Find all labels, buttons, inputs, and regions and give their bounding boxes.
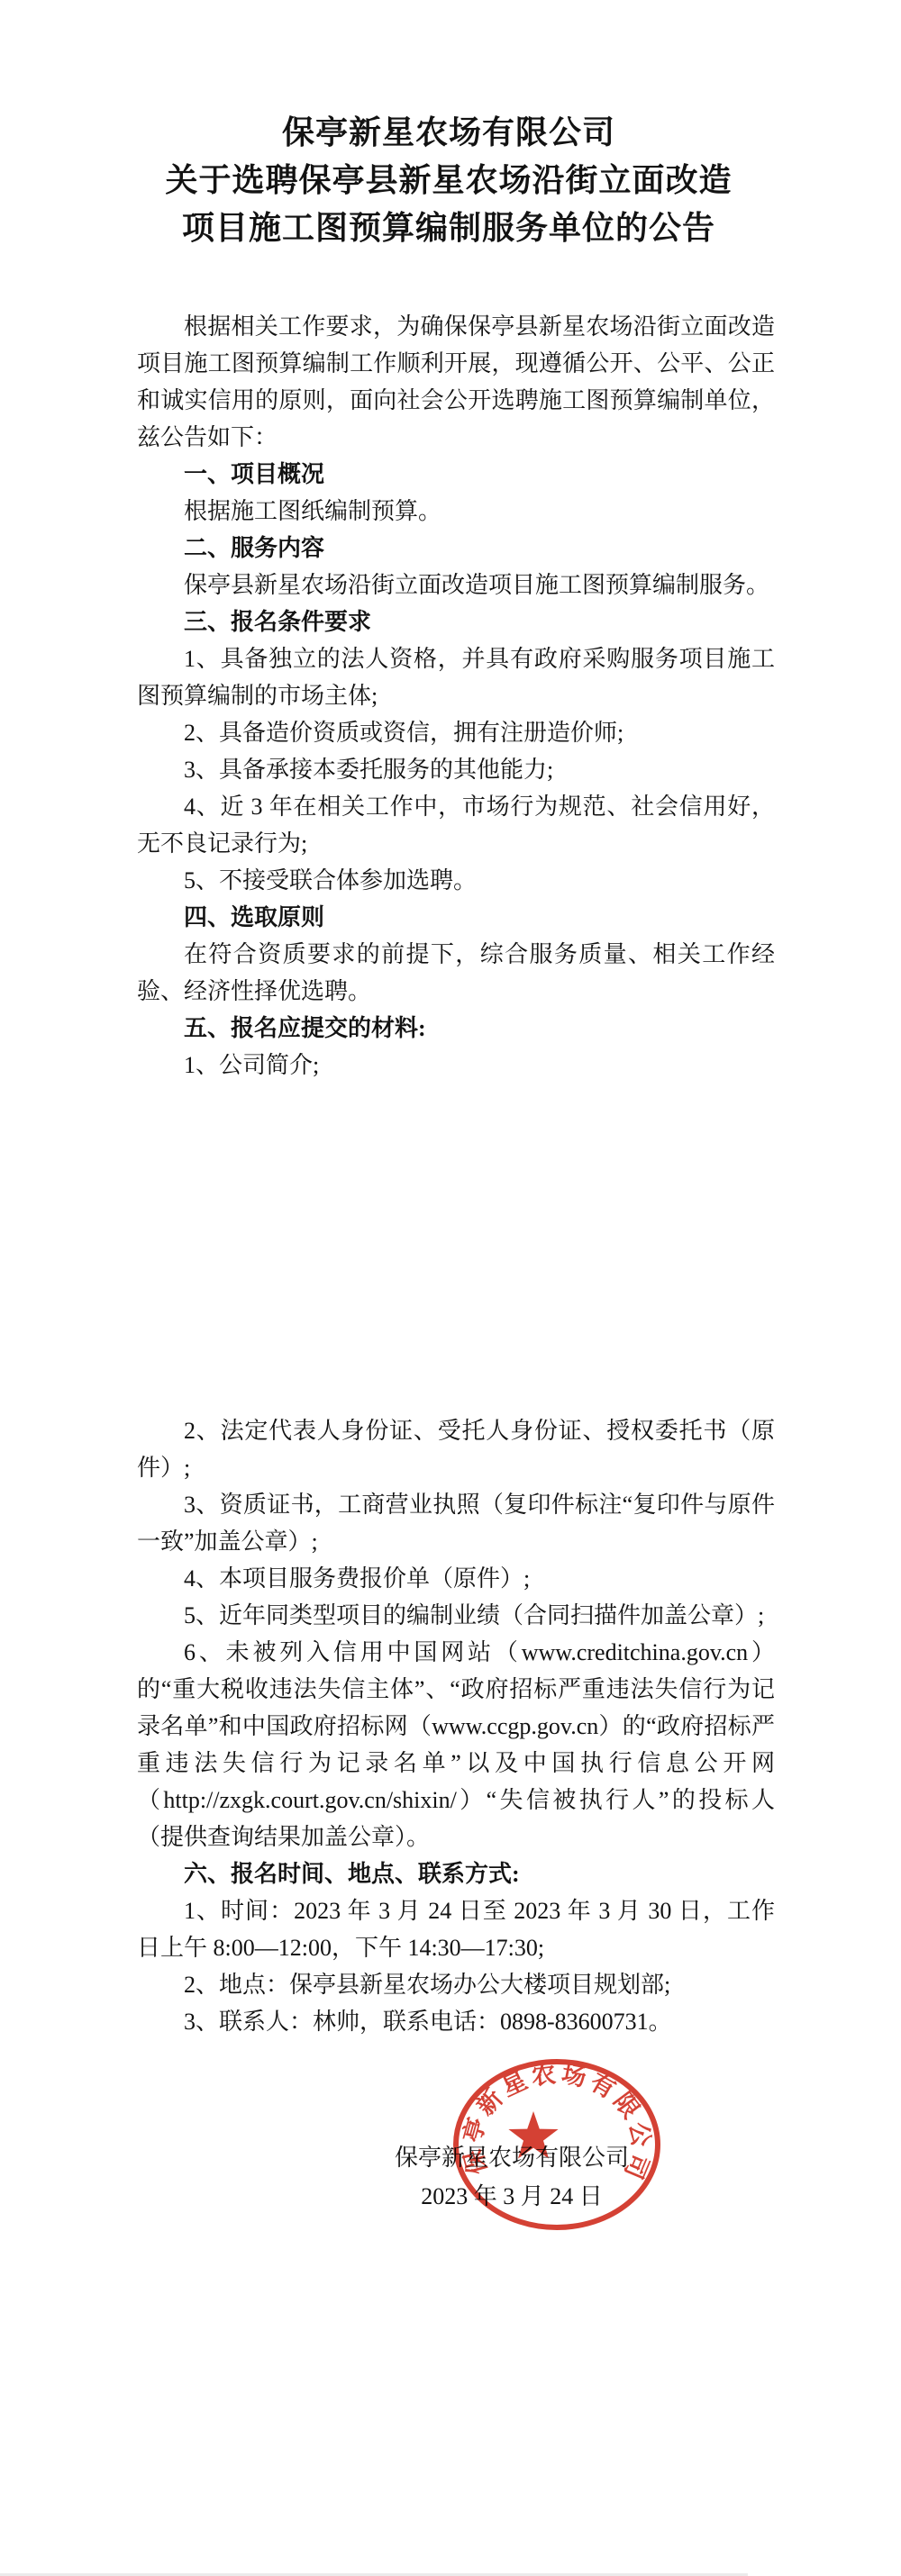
section-heading: 一、项目概况	[137, 456, 775, 493]
page2-body: 2、法定代表人身份证、受托人身份证、授权委托书（原件）;3、资质证书，工商营业执…	[137, 1412, 775, 2040]
section-heading: 二、服务内容	[137, 530, 775, 567]
body-paragraph: 1、时间：2023 年 3 月 24 日至 2023 年 3 月 30 日，工作…	[137, 1892, 775, 1966]
seal-star-icon	[508, 2111, 558, 2159]
seal-arc-text: 保亭新星农场有限公司	[459, 2060, 656, 2186]
body-paragraph: 根据施工图纸编制预算。	[137, 493, 775, 530]
body-paragraph: 2、法定代表人身份证、受托人身份证、授权委托书（原件）;	[137, 1412, 775, 1486]
announcement-document: 保亭新星农场有限公司 关于选聘保亭县新星农场沿街立面改造 项目施工图预算编制服务…	[0, 0, 901, 2576]
section-heading: 五、报名应提交的材料:	[137, 1010, 775, 1047]
company-seal: 保亭新星农场有限公司	[451, 2057, 662, 2232]
title-line-1: 保亭新星农场有限公司	[126, 109, 771, 157]
body-paragraph: 在符合资质要求的前提下，综合服务质量、相关工作经验、经济性择优选聘。	[137, 936, 775, 1010]
body-paragraph: 保亭县新星农场沿街立面改造项目施工图预算编制服务。	[137, 567, 775, 603]
section-heading: 六、报名时间、地点、联系方式:	[137, 1855, 775, 1892]
body-paragraph: 2、地点：保亭县新星农场办公大楼项目规划部;	[137, 1966, 775, 2003]
body-paragraph: 2、具备造价资质或资信，拥有注册造价师;	[137, 714, 775, 751]
seal-arc-text-holder: 保亭新星农场有限公司	[459, 2060, 656, 2186]
body-paragraph: 5、近年同类型项目的编制业绩（合同扫描件加盖公章）;	[137, 1597, 775, 1634]
body-paragraph: 5、不接受联合体参加选聘。	[137, 862, 775, 899]
section-heading: 四、选取原则	[137, 899, 775, 936]
body-paragraph: 6、未被列入信用中国网站（www.creditchina.gov.cn）的“重大…	[137, 1634, 775, 1855]
body-paragraph: 1、公司简介;	[137, 1047, 775, 1084]
title-line-2: 关于选聘保亭县新星农场沿街立面改造	[126, 157, 771, 204]
body-paragraph: 3、资质证书，工商营业执照（复印件标注“复印件与原件一致”加盖公章）;	[137, 1486, 775, 1560]
document-title: 保亭新星农场有限公司 关于选聘保亭县新星农场沿街立面改造 项目施工图预算编制服务…	[126, 109, 771, 252]
body-paragraph: 3、具备承接本委托服务的其他能力;	[137, 751, 775, 788]
body-paragraph: 4、本项目服务费报价单（原件）;	[137, 1560, 775, 1597]
body-paragraph: 1、具备独立的法人资格，并具有政府采购服务项目施工图预算编制的市场主体;	[137, 640, 775, 714]
body-paragraph: 根据相关工作要求，为确保保亭县新星农场沿街立面改造项目施工图预算编制工作顺利开展…	[137, 308, 775, 456]
body-paragraph: 3、联系人：林帅，联系电话：0898-83600731。	[137, 2003, 775, 2040]
section-heading: 三、报名条件要求	[137, 603, 775, 640]
page1-body: 根据相关工作要求，为确保保亭县新星农场沿街立面改造项目施工图预算编制工作顺利开展…	[137, 308, 775, 1084]
title-line-3: 项目施工图预算编制服务单位的公告	[126, 204, 771, 252]
body-paragraph: 4、近 3 年在相关工作中，市场行为规范、社会信用好，无不良记录行为;	[137, 788, 775, 862]
